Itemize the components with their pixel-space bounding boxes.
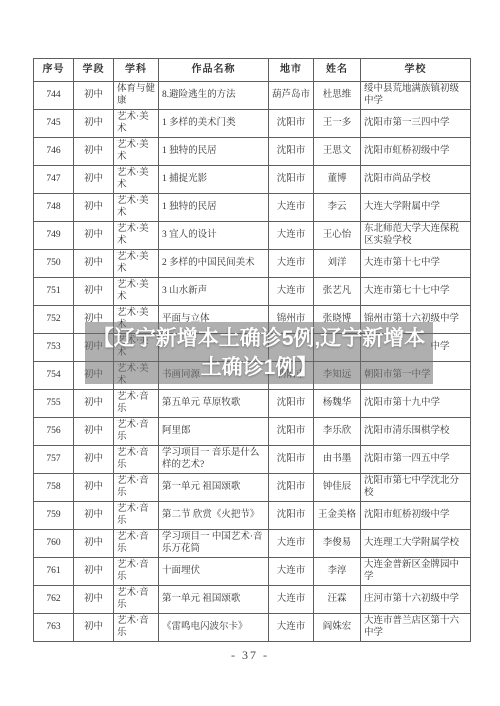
table-cell: 沈阳市第十九中学 [361, 390, 471, 418]
table-cell: 大连市 [269, 194, 314, 222]
table-cell: 初中 [74, 558, 114, 586]
table-cell: 初中 [74, 250, 114, 278]
table-cell: 1 多样的美术门类 [159, 110, 269, 138]
table-cell: 李云 [314, 194, 361, 222]
table-cell: 初中 [74, 502, 114, 530]
table-cell: 747 [34, 166, 74, 194]
table-cell: 艺术·美术 [114, 110, 159, 138]
table-cell: 大连市 [269, 222, 314, 250]
table-cell: 大连市第七十七中学 [361, 278, 471, 306]
table-cell: 杜思维 [314, 82, 361, 110]
table-cell: 初中 [74, 614, 114, 642]
table-cell: 艺术·美术 [114, 138, 159, 166]
table-cell: 初中 [74, 530, 114, 558]
overlay-text-line: 土确诊1例】 [201, 353, 318, 382]
table-cell: 学习项目一 音乐是什么样的艺术? [159, 446, 269, 474]
table-cell: 大连市第十七中学 [361, 250, 471, 278]
table-cell: 3 宜人的设计 [159, 222, 269, 250]
table-cell: 755 [34, 390, 74, 418]
column-header: 序号 [34, 59, 74, 82]
document-page: 序号学段学科作品名称地市姓名学校 744初中体育与健康8.避险逃生的方法葫芦岛市… [0, 0, 500, 706]
table-cell: 刘洋 [314, 250, 361, 278]
table-cell: 746 [34, 138, 74, 166]
table-cell: 大连市 [269, 530, 314, 558]
column-header: 学科 [114, 59, 159, 82]
table-cell: 艺术·音乐 [114, 614, 159, 642]
table-header-row: 序号学段学科作品名称地市姓名学校 [34, 59, 471, 82]
table-cell: 初中 [74, 586, 114, 614]
table-cell: 初中 [74, 166, 114, 194]
table-cell: 沈阳市 [269, 138, 314, 166]
table-cell: 艺术·音乐 [114, 558, 159, 586]
column-header: 作品名称 [159, 59, 269, 82]
table-cell: 初中 [74, 278, 114, 306]
table-cell: 庄河市第十六初级中学 [361, 586, 471, 614]
table-cell: 艺术·美术 [114, 278, 159, 306]
table-cell: 初中 [74, 222, 114, 250]
table-cell: 744 [34, 82, 74, 110]
table-cell: 沈阳市尚品学校 [361, 166, 471, 194]
table-cell: 762 [34, 586, 74, 614]
table-cell: 艺术·美术 [114, 222, 159, 250]
table-cell: 沈阳市虹桥初级中学 [361, 138, 471, 166]
column-header: 姓名 [314, 59, 361, 82]
table-cell: 1 捕捉光影 [159, 166, 269, 194]
table-cell: 汪霖 [314, 586, 361, 614]
table-cell: 艺术·音乐 [114, 446, 159, 474]
table-cell: 8.避险逃生的方法 [159, 82, 269, 110]
table-cell: 葫芦岛市 [269, 82, 314, 110]
table-cell: 艺术·音乐 [114, 586, 159, 614]
table-cell: 大连市 [269, 558, 314, 586]
table-cell: 752 [34, 306, 74, 334]
table-cell: 学习项目一 中国艺术·音乐万花筒 [159, 530, 269, 558]
table-cell: 沈阳市 [269, 446, 314, 474]
table-cell: 初中 [74, 194, 114, 222]
table-row: 749初中艺术·美术3 宜人的设计大连市王心怡东北师范大学大连保税区实验学校 [34, 222, 471, 250]
table-row: 751初中艺术·美术3 山水新声大连市张艺凡大连市第七十七中学 [34, 278, 471, 306]
table-cell: 751 [34, 278, 74, 306]
table-cell: 初中 [74, 110, 114, 138]
column-header: 学段 [74, 59, 114, 82]
table-cell: 艺术·音乐 [114, 502, 159, 530]
table-cell: 沈阳市虹桥初级中学 [361, 502, 471, 530]
table-cell: 艺术·美术 [114, 194, 159, 222]
table-cell: 745 [34, 110, 74, 138]
table-cell: 艺术·美术 [114, 166, 159, 194]
table-cell: 757 [34, 446, 74, 474]
table-cell: 王一多 [314, 110, 361, 138]
table-cell: 初中 [74, 390, 114, 418]
table-cell: 1 独特的民居 [159, 194, 269, 222]
table-cell: 杨魏华 [314, 390, 361, 418]
table-cell: 艺术·音乐 [114, 418, 159, 446]
table-cell: 大连市 [269, 614, 314, 642]
table-cell: 沈阳市清乐围棋学校 [361, 418, 471, 446]
table-cell: 沈阳市 [269, 418, 314, 446]
table-cell: 李俊易 [314, 530, 361, 558]
page-number: - 37 - [0, 648, 500, 663]
table-cell: 第二节 欣赏《火把节》 [159, 502, 269, 530]
table-cell: 阿里郎 [159, 418, 269, 446]
table-cell: 沈阳市第一三四中学 [361, 110, 471, 138]
table-cell: 760 [34, 530, 74, 558]
table-cell: 初中 [74, 138, 114, 166]
table-cell: 753 [34, 334, 74, 362]
table-cell: 艺术·美术 [114, 250, 159, 278]
table-cell: 第一单元 祖国颂歌 [159, 586, 269, 614]
table-row: 763初中艺术·音乐《雷鸣电闪波尔卡》大连市阎姝宏大连市普兰店区第十六中学 [34, 614, 471, 642]
overlay-text-line: 【辽宁新增本土确诊5例,辽宁新增本 [93, 324, 426, 353]
table-cell: 初中 [74, 446, 114, 474]
table-cell: 750 [34, 250, 74, 278]
table-row: 761初中艺术·音乐十面埋伏大连市李淳大连金普新区金牌园中学 [34, 558, 471, 586]
table-cell: 东北师范大学大连保税区实验学校 [361, 222, 471, 250]
column-header: 学校 [361, 59, 471, 82]
table-row: 756初中艺术·音乐阿里郎沈阳市李乐欣沈阳市清乐围棋学校 [34, 418, 471, 446]
table-row: 760初中艺术·音乐学习项目一 中国艺术·音乐万花筒大连市李俊易大连理工大学附属… [34, 530, 471, 558]
table-cell: 体育与健康 [114, 82, 159, 110]
table-cell: 第一单元 祖国颂歌 [159, 474, 269, 502]
table-cell: 王金美格 [314, 502, 361, 530]
table-cell: 阎姝宏 [314, 614, 361, 642]
table-cell: 大连市 [269, 250, 314, 278]
table-cell: 756 [34, 418, 74, 446]
table-row: 747初中艺术·美术1 捕捉光影沈阳市董博沈阳市尚品学校 [34, 166, 471, 194]
table-cell: 张艺凡 [314, 278, 361, 306]
table-row: 755初中艺术·音乐第五单元 草原牧歌沈阳市杨魏华沈阳市第十九中学 [34, 390, 471, 418]
table-cell: 初中 [74, 418, 114, 446]
table-row: 757初中艺术·音乐学习项目一 音乐是什么样的艺术?沈阳市由书墨沈阳市第一四五中… [34, 446, 471, 474]
table-cell: 初中 [74, 82, 114, 110]
table-row: 750初中艺术·美术2 多样的中国民间美术大连市刘洋大连市第十七中学 [34, 250, 471, 278]
table-cell: 绥中县荒地满族镇初级中学 [361, 82, 471, 110]
table-cell: 沈阳市第七中学沈北分校 [361, 474, 471, 502]
table-cell: 艺术·音乐 [114, 390, 159, 418]
table-cell: 钟佳辰 [314, 474, 361, 502]
table-cell: 初中 [74, 474, 114, 502]
table-cell: 沈阳市 [269, 502, 314, 530]
table-row: 746初中艺术·美术1 独特的民居沈阳市王思文沈阳市虹桥初级中学 [34, 138, 471, 166]
table-cell: 1 独特的民居 [159, 138, 269, 166]
table-cell: 761 [34, 558, 74, 586]
table-cell: 艺术·音乐 [114, 474, 159, 502]
table-cell: 763 [34, 614, 74, 642]
table-cell: 第五单元 草原牧歌 [159, 390, 269, 418]
table-cell: 王心怡 [314, 222, 361, 250]
table-cell: 3 山水新声 [159, 278, 269, 306]
column-header: 地市 [269, 59, 314, 82]
table-row: 745初中艺术·美术1 多样的美术门类沈阳市王一多沈阳市第一三四中学 [34, 110, 471, 138]
table-cell: 758 [34, 474, 74, 502]
table-cell: 沈阳市 [269, 474, 314, 502]
table-cell: 大连金普新区金牌园中学 [361, 558, 471, 586]
table-cell: 749 [34, 222, 74, 250]
table-cell: 十面埋伏 [159, 558, 269, 586]
table-row: 748初中艺术·美术1 独特的民居大连市李云大连大学附属中学 [34, 194, 471, 222]
table-cell: 2 多样的中国民间美术 [159, 250, 269, 278]
table-cell: 《雷鸣电闪波尔卡》 [159, 614, 269, 642]
table-cell: 沈阳市 [269, 166, 314, 194]
table-cell: 由书墨 [314, 446, 361, 474]
table-cell: 748 [34, 194, 74, 222]
table-cell: 沈阳市第一四五中学 [361, 446, 471, 474]
table-cell: 沈阳市 [269, 110, 314, 138]
table-cell: 754 [34, 362, 74, 390]
table-cell: 艺术·音乐 [114, 530, 159, 558]
table-cell: 李淳 [314, 558, 361, 586]
table-cell: 董博 [314, 166, 361, 194]
table-row: 758初中艺术·音乐第一单元 祖国颂歌沈阳市钟佳辰沈阳市第七中学沈北分校 [34, 474, 471, 502]
table-row: 759初中艺术·音乐第二节 欣赏《火把节》沈阳市王金美格沈阳市虹桥初级中学 [34, 502, 471, 530]
table-cell: 大连市 [269, 278, 314, 306]
table-cell: 李乐欣 [314, 418, 361, 446]
table-row: 762初中艺术·音乐第一单元 祖国颂歌大连市汪霖庄河市第十六初级中学 [34, 586, 471, 614]
news-overlay: 【辽宁新增本土确诊5例,辽宁新增本 土确诊1例】 [85, 322, 433, 384]
table-cell: 759 [34, 502, 74, 530]
table-cell: 沈阳市 [269, 390, 314, 418]
table-cell: 大连理工大学附属学校 [361, 530, 471, 558]
table-cell: 大连市普兰店区第十六中学 [361, 614, 471, 642]
table-cell: 大连市 [269, 586, 314, 614]
table-cell: 大连大学附属中学 [361, 194, 471, 222]
table-cell: 王思文 [314, 138, 361, 166]
table-row: 744初中体育与健康8.避险逃生的方法葫芦岛市杜思维绥中县荒地满族镇初级中学 [34, 82, 471, 110]
